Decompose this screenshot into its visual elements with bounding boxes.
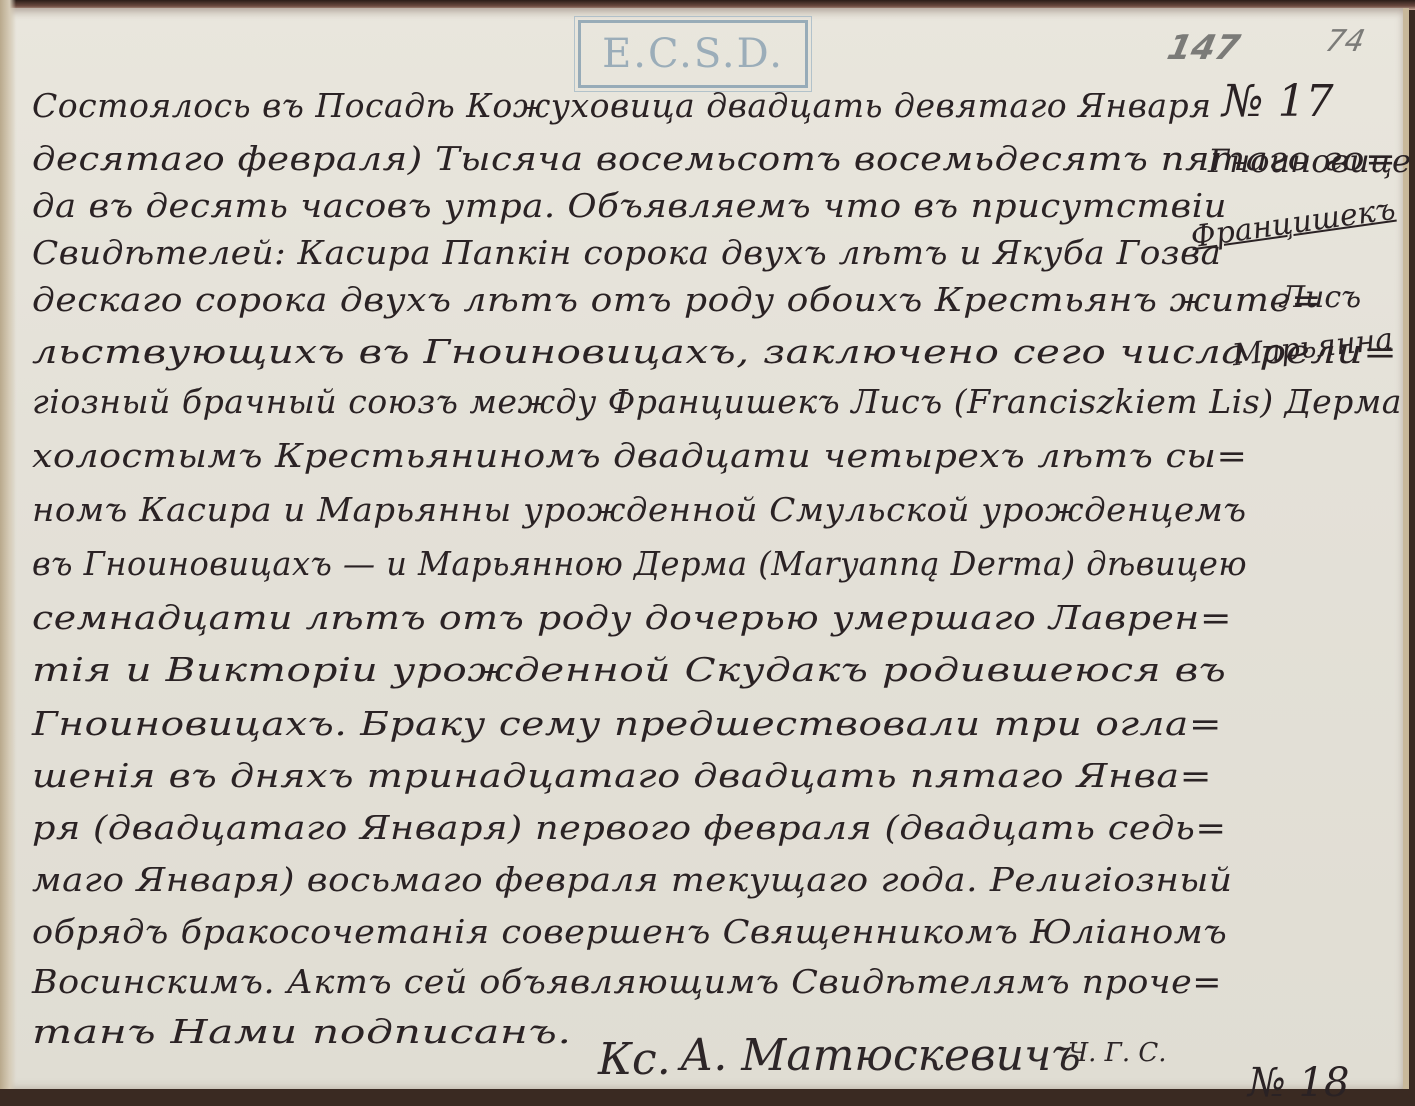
text-line-8: холостымъ Крестьяниномъ двадцати четырех…	[32, 436, 1247, 475]
priest-signature: А. Матюскевичъ	[680, 1030, 1081, 1081]
text-line-3: да въ десять часовъ утра. Объявляемъ что…	[32, 186, 1227, 225]
act-number: № 17	[1222, 76, 1334, 127]
text-line-6: льствующихъ въ Гноиновицахъ, заключено с…	[32, 332, 1398, 371]
next-act-number: № 18	[1248, 1060, 1349, 1089]
text-line-12: тія и Викторіи урожденной Скудакъ родивш…	[32, 650, 1226, 689]
signature-prefix: Кс.	[598, 1034, 671, 1085]
text-line-11: семнадцати лѣтъ отъ роду дочерью умершаг…	[32, 598, 1232, 637]
text-line-5: дескаго сорока двухъ лѣтъ отъ роду обоих…	[32, 280, 1322, 319]
text-line-2: десятаго февраля) Тысяча восемьсотъ восе…	[32, 139, 1397, 178]
text-line-17: обрядъ бракосочетанія совершенъ Священни…	[32, 912, 1227, 951]
text-line-10: въ Гноиновицахъ — и Марьянною Дерма (Mar…	[32, 544, 1247, 583]
page-number-pencil: 147	[1164, 28, 1243, 68]
signature-suffix: Ч. Г. С.	[1068, 1038, 1167, 1068]
text-line-13: Гноиновицахъ. Браку сему предшествовали …	[32, 704, 1222, 743]
text-line-4: Свидѣтелей: Касира Папкін сорока двухъ л…	[32, 233, 1222, 272]
text-line-9: номъ Касира и Марьянны урожденной Смульс…	[32, 490, 1247, 529]
archive-stamp: E.C.S.D.	[578, 20, 808, 88]
document-page: E.C.S.D. 147 74 № 17 Гноиновице Францише…	[0, 8, 1409, 1089]
text-line-1: Состоялось въ Посадѣ Кожуховица двадцать…	[32, 86, 1212, 125]
text-line-19: танъ Нами подписанъ.	[32, 1012, 572, 1051]
text-line-16: маго Января) восьмаго февраля текущаго г…	[32, 860, 1233, 899]
text-line-14: шенія въ дняхъ тринадцатаго двадцать пят…	[32, 756, 1212, 795]
text-line-15: ря (двадцатаго Января) первого февраля (…	[32, 808, 1227, 847]
text-line-18: Восинскимъ. Актъ сей объявляющимъ Свидѣт…	[32, 962, 1222, 1001]
book-left-edge	[0, 0, 16, 1089]
page-number-ink: 74	[1322, 24, 1368, 59]
text-line-7: гіозный брачный союзъ между Францишекъ Л…	[32, 382, 1402, 421]
